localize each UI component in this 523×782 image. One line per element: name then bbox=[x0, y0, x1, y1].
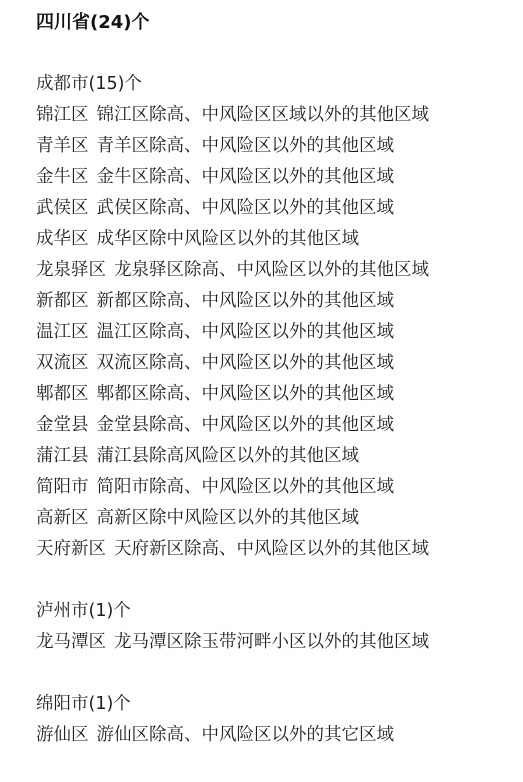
list-item: 成华区成华区除中风险区以外的其他区域 bbox=[36, 224, 523, 255]
list-item: 金牛区金牛区除高、中风险区以外的其他区域 bbox=[36, 162, 523, 193]
district-name: 金牛区 bbox=[36, 167, 89, 187]
district-name: 成华区 bbox=[36, 229, 89, 249]
district-detail: 游仙区除高、中风险区以外的其它区域 bbox=[97, 725, 395, 745]
district-name: 锦江区 bbox=[36, 105, 89, 125]
province-title: 四川省(24)个 bbox=[36, 8, 523, 38]
district-name: 龙泉驿区 bbox=[36, 260, 106, 280]
district-name: 高新区 bbox=[36, 508, 89, 528]
district-detail: 双流区除高、中风险区以外的其他区域 bbox=[97, 353, 395, 373]
district-name: 天府新区 bbox=[36, 539, 106, 559]
district-detail: 简阳市除高、中风险区以外的其他区域 bbox=[97, 477, 395, 497]
district-detail: 高新区除中风险区以外的其他区域 bbox=[97, 508, 360, 528]
district-name: 简阳市 bbox=[36, 477, 89, 497]
district-detail: 青羊区除高、中风险区以外的其他区域 bbox=[97, 136, 395, 156]
district-name: 温江区 bbox=[36, 322, 89, 342]
list-item: 天府新区天府新区除高、中风险区以外的其他区域 bbox=[36, 534, 523, 565]
district-detail: 锦江区除高、中风险区区域以外的其他区域 bbox=[97, 105, 430, 125]
district-name: 青羊区 bbox=[36, 136, 89, 156]
list-item: 高新区高新区除中风险区以外的其他区域 bbox=[36, 503, 523, 534]
document: 四川省(24)个 成都市(15)个 锦江区锦江区除高、中风险区区域以外的其他区域… bbox=[0, 0, 523, 751]
list-item: 锦江区锦江区除高、中风险区区域以外的其他区域 bbox=[36, 100, 523, 131]
district-detail: 郫都区除高、中风险区以外的其他区域 bbox=[97, 384, 395, 404]
list-item: 龙马潭区龙马潭区除玉带河畔小区以外的其他区域 bbox=[36, 627, 523, 658]
list-item: 新都区新都区除高、中风险区以外的其他区域 bbox=[36, 286, 523, 317]
list-item: 金堂县金堂县除高、中风险区以外的其他区域 bbox=[36, 410, 523, 441]
district-detail: 天府新区除高、中风险区以外的其他区域 bbox=[114, 539, 429, 559]
list-item: 双流区双流区除高、中风险区以外的其他区域 bbox=[36, 348, 523, 379]
list-item: 郫都区郫都区除高、中风险区以外的其他区域 bbox=[36, 379, 523, 410]
district-detail: 成华区除中风险区以外的其他区域 bbox=[97, 229, 360, 249]
district-detail: 蒲江县除高风险区以外的其他区域 bbox=[97, 446, 360, 466]
district-detail: 龙马潭区除玉带河畔小区以外的其他区域 bbox=[114, 632, 429, 652]
district-detail: 温江区除高、中风险区以外的其他区域 bbox=[97, 322, 395, 342]
list-item: 青羊区青羊区除高、中风险区以外的其他区域 bbox=[36, 131, 523, 162]
district-detail: 金牛区除高、中风险区以外的其他区域 bbox=[97, 167, 395, 187]
city-section-mianyang: 绵阳市(1)个 游仙区游仙区除高、中风险区以外的其它区域 bbox=[36, 689, 523, 751]
city-header: 泸州市(1)个 bbox=[36, 596, 523, 627]
district-name: 蒲江县 bbox=[36, 446, 89, 466]
district-name: 新都区 bbox=[36, 291, 89, 311]
list-item: 龙泉驿区龙泉驿区除高、中风险区以外的其他区域 bbox=[36, 255, 523, 286]
list-item: 游仙区游仙区除高、中风险区以外的其它区域 bbox=[36, 720, 523, 751]
district-detail: 金堂县除高、中风险区以外的其他区域 bbox=[97, 415, 395, 435]
city-section-luzhou: 泸州市(1)个 龙马潭区龙马潭区除玉带河畔小区以外的其他区域 bbox=[36, 596, 523, 658]
district-detail: 武侯区除高、中风险区以外的其他区域 bbox=[97, 198, 395, 218]
city-header: 成都市(15)个 bbox=[36, 69, 523, 100]
district-name: 双流区 bbox=[36, 353, 89, 373]
district-detail: 龙泉驿区除高、中风险区以外的其他区域 bbox=[114, 260, 429, 280]
list-item: 简阳市简阳市除高、中风险区以外的其他区域 bbox=[36, 472, 523, 503]
district-name: 龙马潭区 bbox=[36, 632, 106, 652]
city-section-chengdu: 成都市(15)个 锦江区锦江区除高、中风险区区域以外的其他区域 青羊区青羊区除高… bbox=[36, 69, 523, 565]
list-item: 温江区温江区除高、中风险区以外的其他区域 bbox=[36, 317, 523, 348]
city-header: 绵阳市(1)个 bbox=[36, 689, 523, 720]
district-name: 武侯区 bbox=[36, 198, 89, 218]
district-detail: 新都区除高、中风险区以外的其他区域 bbox=[97, 291, 395, 311]
district-name: 郫都区 bbox=[36, 384, 89, 404]
district-name: 金堂县 bbox=[36, 415, 89, 435]
list-item: 武侯区武侯区除高、中风险区以外的其他区域 bbox=[36, 193, 523, 224]
district-name: 游仙区 bbox=[36, 725, 89, 745]
list-item: 蒲江县蒲江县除高风险区以外的其他区域 bbox=[36, 441, 523, 472]
